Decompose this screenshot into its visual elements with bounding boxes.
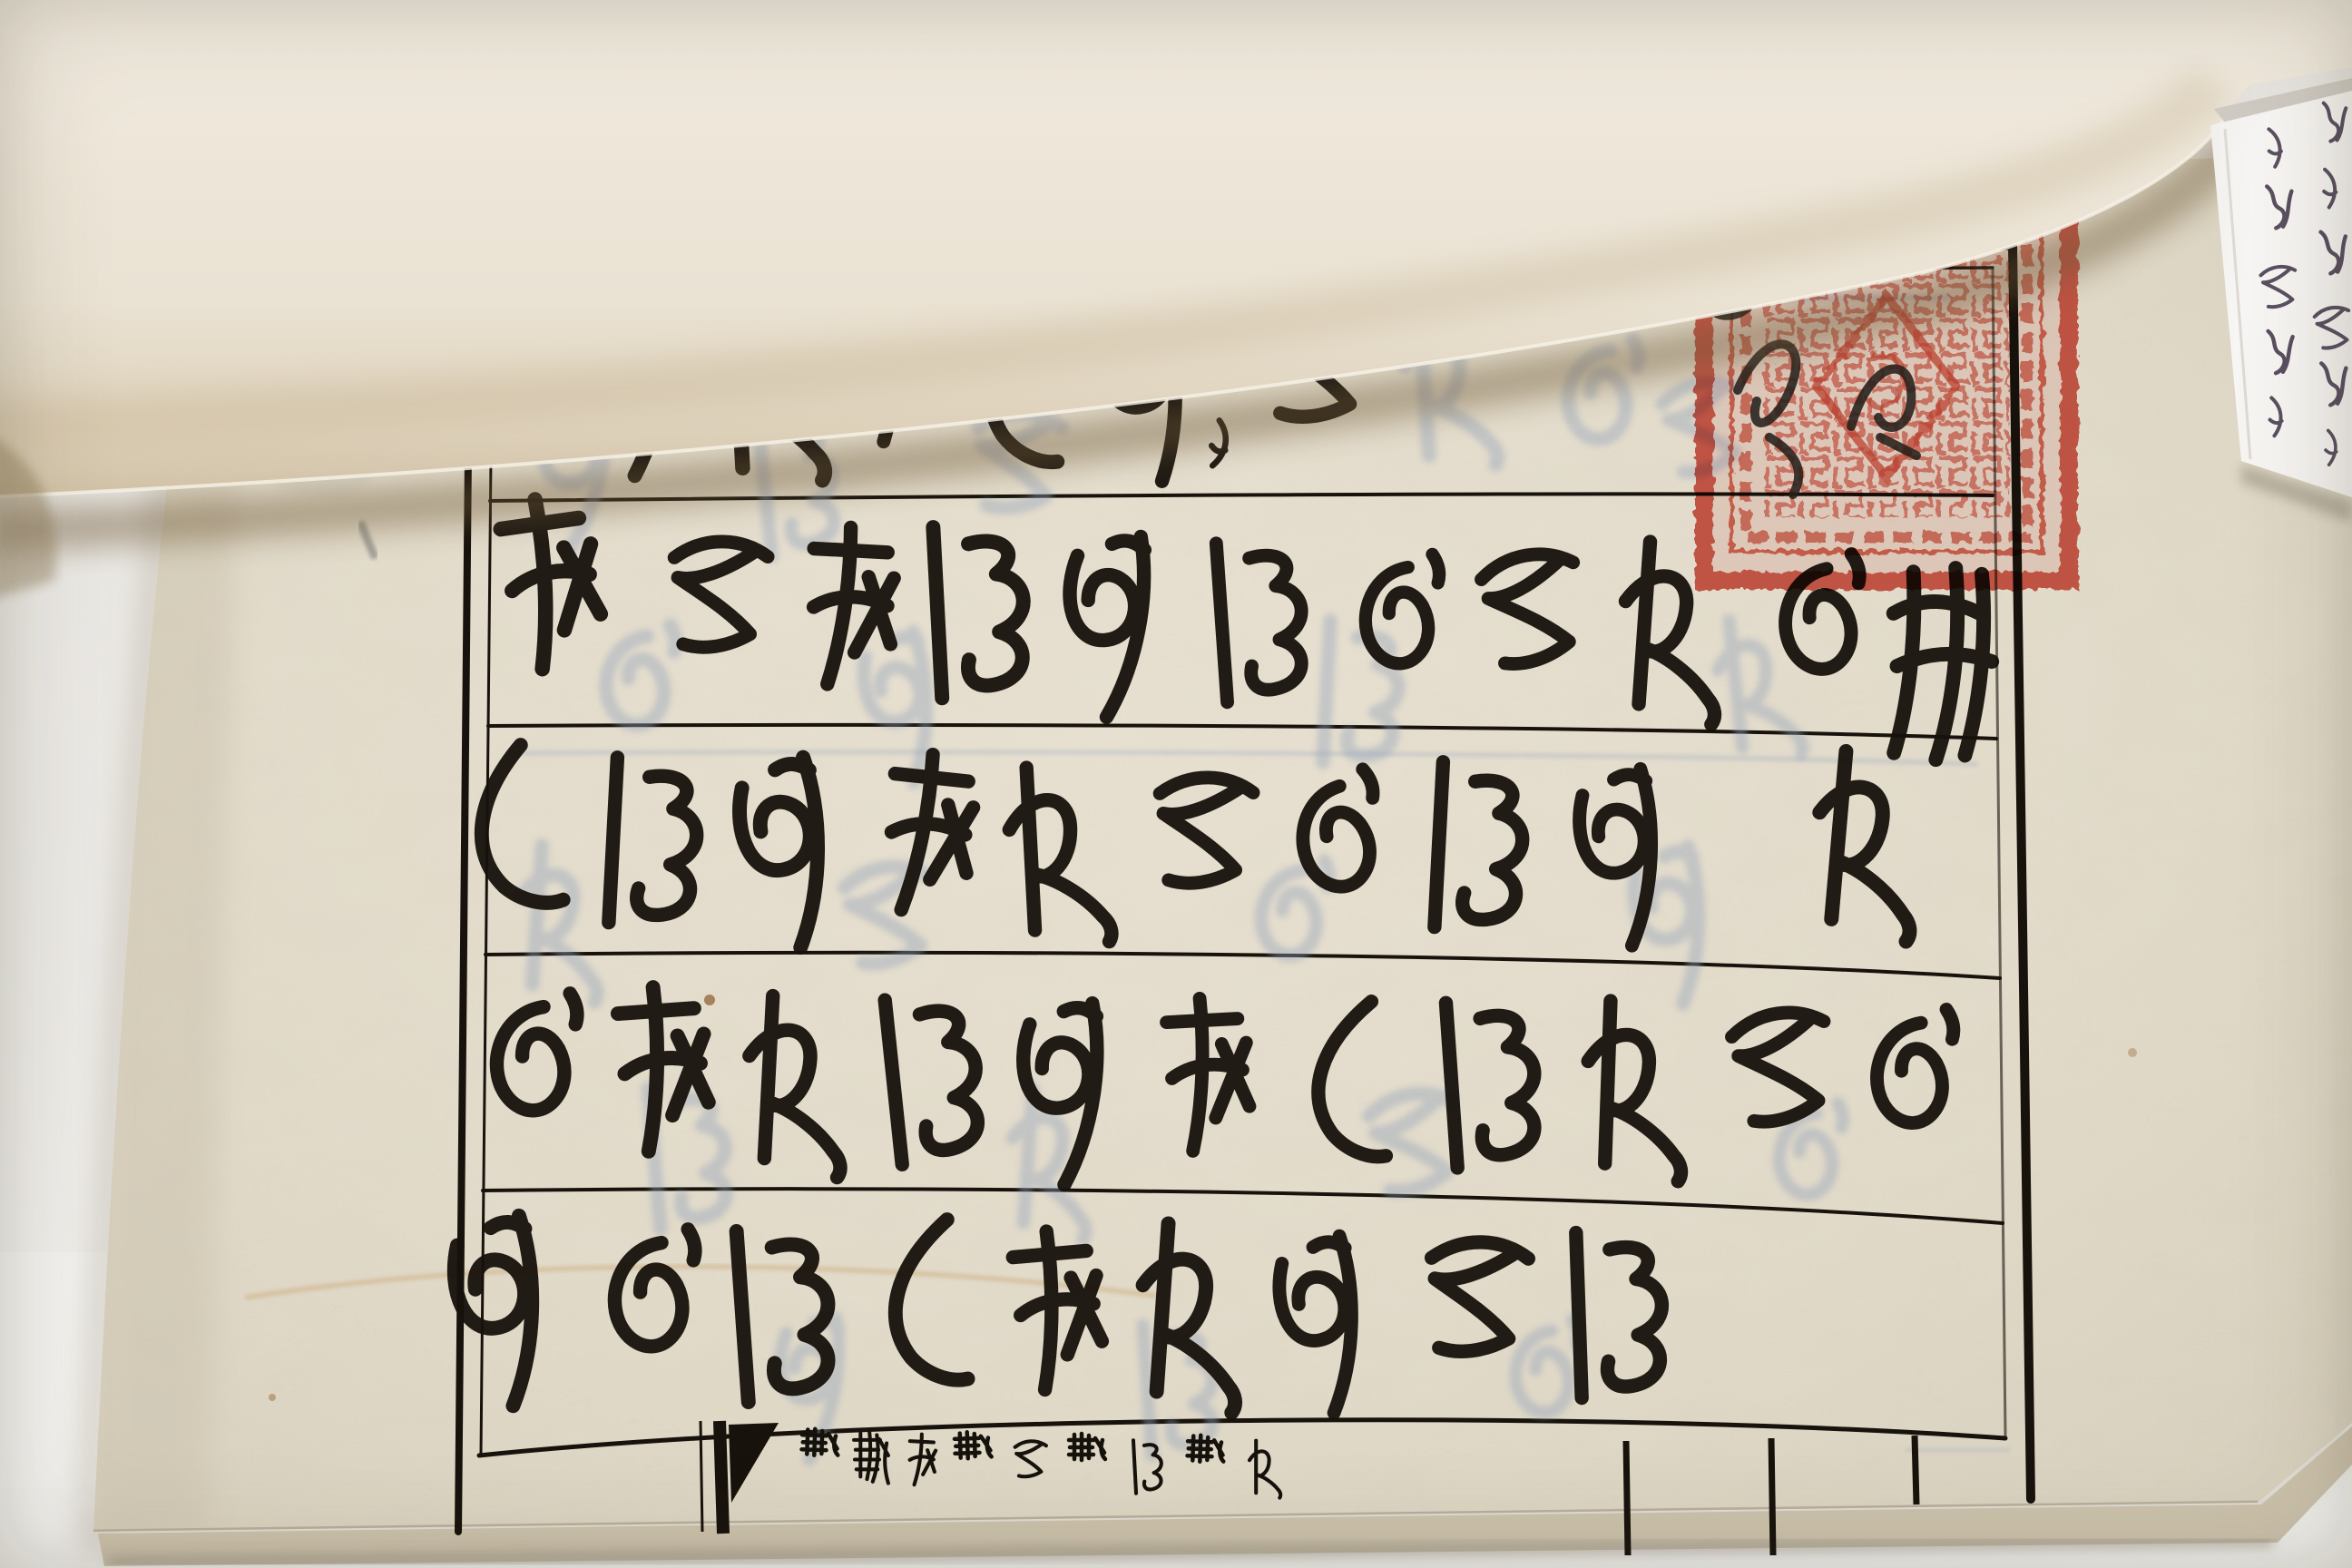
photo-of-open-book (0, 0, 2352, 1568)
stain-dot (704, 995, 715, 1005)
section-divider-line (1626, 1441, 1628, 1555)
section-divider-line (1771, 1438, 1773, 1555)
section-left-thin-rule (701, 1421, 702, 1532)
section-left-bar (720, 1421, 723, 1534)
book-photo-scene (0, 0, 2352, 1568)
section-divider-line (1915, 1436, 1916, 1504)
stain-dot (2128, 1048, 2137, 1057)
stain-dot (269, 1394, 276, 1401)
